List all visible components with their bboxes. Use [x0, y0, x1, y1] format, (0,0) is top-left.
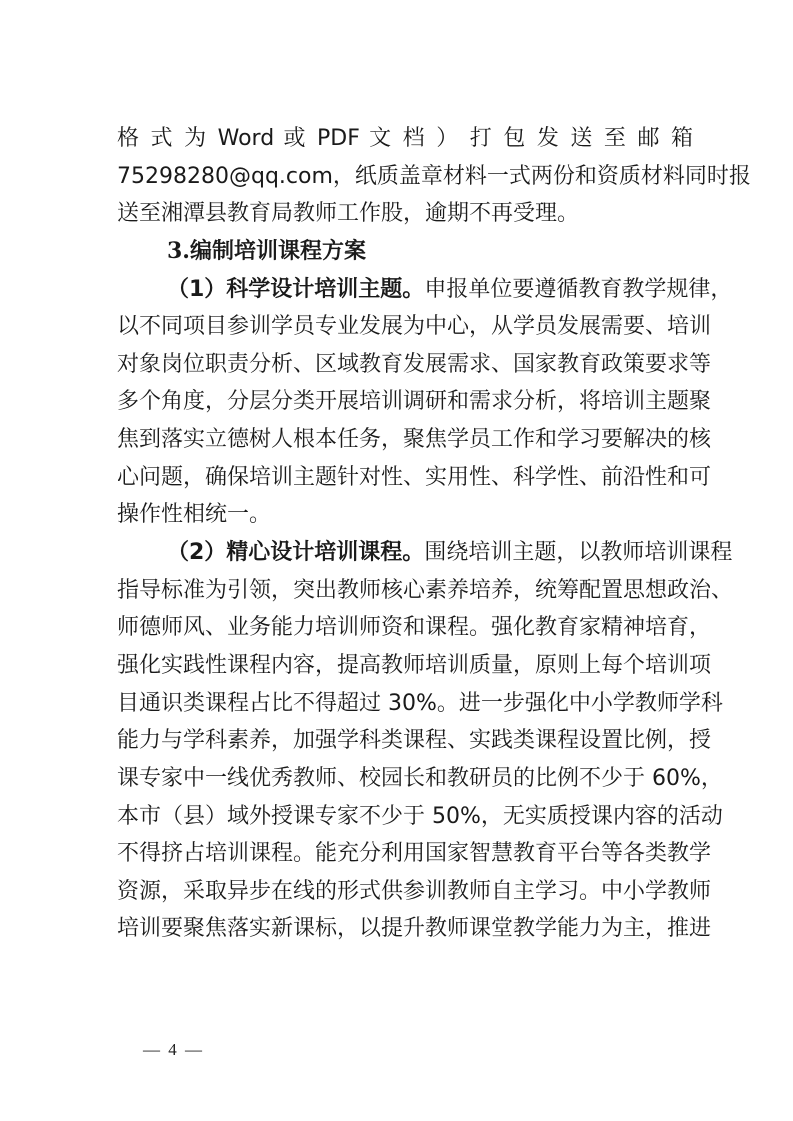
body-text: 格 式 为 Word 或 PDF 文 档 ） 打 包 发 送 至 邮 箱 752…: [117, 120, 693, 948]
paragraph-line: 能力与学科素养，加强学科类课程、实践类课程设置比例，授: [117, 722, 693, 760]
paragraph-line: 培训要聚焦落实新课标，以提升教师课堂教学能力为主，推进: [117, 910, 693, 948]
paragraph-line: 75298280@qq.com，纸质盖章材料一式两份和资质材料同时报: [117, 158, 693, 196]
paragraph-line: 以不同项目参训学员专业发展为中心，从学员发展需要、培训: [117, 308, 693, 346]
item2-first-line: （2）精心设计培训课程。围绕培训主题，以教师培训课程: [117, 534, 693, 572]
paragraph-line: 心问题，确保培训主题针对性、实用性、科学性、前沿性和可: [117, 459, 693, 497]
paragraph-line: 操作性相统一。: [117, 496, 693, 534]
item1-first-line-text: 申报单位要遵循教育教学规律，: [424, 277, 732, 302]
paragraph-line: 对象岗位职责分析、区域教育发展需求、国家教育政策要求等: [117, 346, 693, 384]
paragraph-line: 强化实践性课程内容，提高教师培训质量，原则上每个培训项: [117, 647, 693, 685]
item1-first-line: （1）科学设计培训主题。申报单位要遵循教育教学规律，: [117, 271, 693, 309]
paragraph-line: 送至湘潭县教育局教师工作股，逾期不再受理。: [117, 195, 693, 233]
item2-first-line-text: 围绕培训主题，以教师培训课程: [424, 540, 732, 565]
paragraph-line: 不得挤占培训课程。能充分利用国家智慧教育平台等各类教学: [117, 835, 693, 873]
item2-title: （2）精心设计培训课程。: [167, 540, 424, 565]
paragraph-line: 格 式 为 Word 或 PDF 文 档 ） 打 包 发 送 至 邮 箱: [117, 120, 693, 158]
paragraph-line: 本市（县）域外授课专家不少于 50%，无实质授课内容的活动: [117, 798, 693, 836]
paragraph-line: 资源，采取异步在线的形式供参训教师自主学习。中小学教师: [117, 873, 693, 911]
item1-title: （1）科学设计培训主题。: [167, 277, 424, 302]
document-page: 格 式 为 Word 或 PDF 文 档 ） 打 包 发 送 至 邮 箱 752…: [0, 0, 793, 1121]
paragraph-line: 多个角度，分层分类开展培训调研和需求分析，将培训主题聚: [117, 383, 693, 421]
paragraph-line: 目通识类课程占比不得超过 30%。进一步强化中小学教师学科: [117, 685, 693, 723]
section-heading: 3.编制培训课程方案: [117, 233, 693, 271]
page-number: — 4 —: [143, 1040, 204, 1060]
paragraph-line: 指导标准为引领，突出教师核心素养培养，统筹配置思想政治、: [117, 572, 693, 610]
paragraph-line: 焦到落实立德树人根本任务，聚焦学员工作和学习要解决的核: [117, 421, 693, 459]
paragraph-line: 师德师风、业务能力培训师资和课程。强化教育家精神培育，: [117, 609, 693, 647]
paragraph-line: 课专家中一线优秀教师、校园长和教研员的比例不少于 60%，: [117, 760, 693, 798]
